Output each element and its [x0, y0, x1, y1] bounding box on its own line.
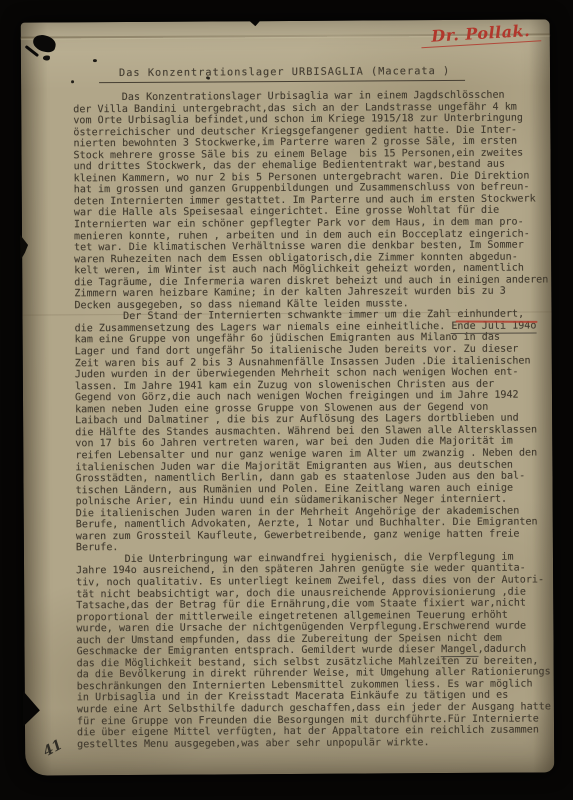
ink-underline-mangel: [441, 656, 479, 658]
document-title: Das Konzentrationslager URBISAGLIA (Mace…: [99, 65, 465, 83]
paper-speck: [93, 59, 97, 62]
paper-speck: [71, 80, 74, 83]
handwritten-page-number: 41: [41, 737, 66, 760]
paper-tear-edge: [20, 235, 28, 261]
handwritten-annotation: Dr. Pollak.: [420, 20, 541, 48]
paper-tear-left: [23, 691, 40, 727]
text-line: gestelltes Menu ausgegeben,was aber sehr…: [77, 736, 553, 750]
ink-speck: [43, 55, 50, 60]
body-text: Das Konzentrationslager Urbisaglia war i…: [73, 89, 553, 750]
paper-tear-top: [249, 20, 261, 26]
document-page: Dr. Pollak. Das Konzentrationslager URBI…: [21, 19, 555, 775]
